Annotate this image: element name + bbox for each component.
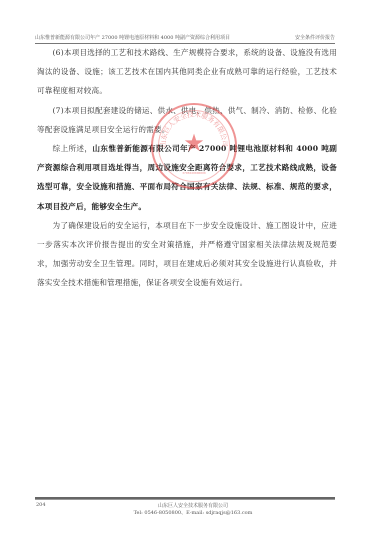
header-project-title: 山东惟普新能源有限公司年产 27000 吨锂电池原材料和 4000 吨副产资源综… — [35, 34, 230, 42]
paragraph-7: (7)本项目拟配套建设的储运、供水、供电、供热、供气、制冷、消防、检修、化验等配… — [37, 101, 337, 139]
footer-company-name: 山东巨人安全技术服务有限公司 — [0, 502, 386, 509]
header-report-type: 安全条件评价报告 — [295, 34, 335, 42]
paragraph-6: (6)本项目选择的工艺和技术路线、生产规模符合要求，系统的设备、设施没有选用淘汰… — [37, 43, 337, 101]
footer-contact-info: Tel: 0546-8050800、E-mail: sdjraqjs@163.c… — [0, 509, 386, 516]
paragraph-conclusion: 综上所述，山东惟普新能源有限公司年产 27000 吨锂电池原材料和 4000 吨… — [37, 139, 337, 216]
conclusion-bold-text: 山东惟普新能源有限公司年产 27000 吨锂电池原材料和 4000 吨副产资源综… — [37, 144, 337, 211]
footer-divider — [35, 497, 335, 500]
document-body: (6)本项目选择的工艺和技术路线、生产规模符合要求，系统的设备、设施没有选用淘汰… — [37, 43, 337, 293]
conclusion-prefix: 综上所述， — [53, 144, 93, 153]
document-page: 山东惟普新能源有限公司年产 27000 吨锂电池原材料和 4000 吨副产资源综… — [0, 0, 386, 546]
paragraph-recommendation: 为了确保建设后的安全运行，本项目在下一步安全设施设计、施工图设计中，应进一步落实… — [37, 216, 337, 293]
